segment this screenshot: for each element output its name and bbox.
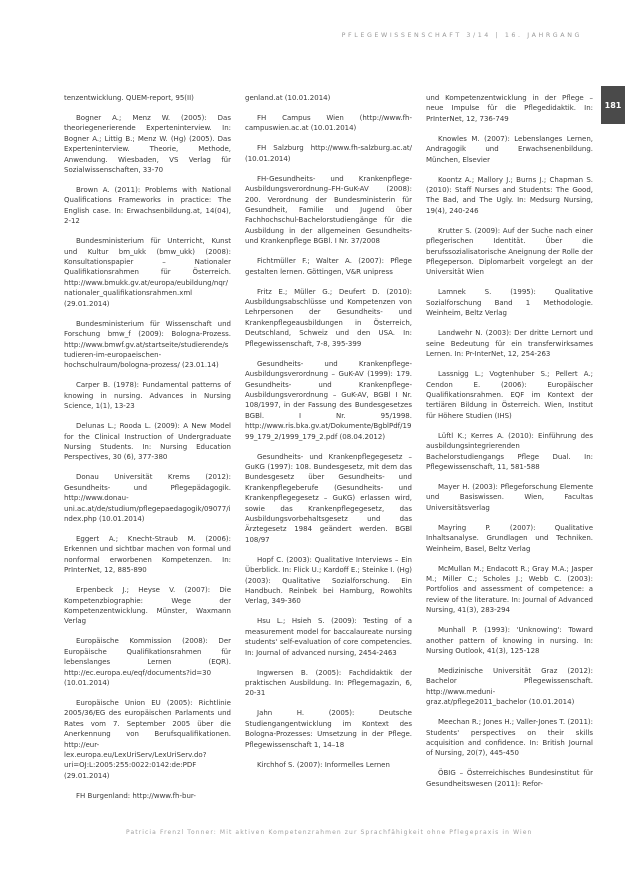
reference-entry: Fichtmüller F.; Walter A. (2007): Pflege… bbox=[245, 256, 412, 277]
reference-entry: Europäische Union EU (2005): Richtlinie … bbox=[64, 698, 231, 781]
reference-entry: FH-Gesundheits- und Krankenpflege-Ausbil… bbox=[245, 174, 412, 247]
reference-entry: Meechan R.; Jones H.; Valler-Jones T. (2… bbox=[426, 717, 593, 759]
reference-entry: Delunas L.; Rooda L. (2009): A New Model… bbox=[64, 421, 231, 463]
reference-entry: Koontz A.; Mallory J.; Burns J.; Chapman… bbox=[426, 175, 593, 217]
reference-entry: Brown A. (2011): Problems with National … bbox=[64, 185, 231, 227]
reference-entry: FH Campus Wien (http://www.fh-campuswien… bbox=[245, 113, 412, 134]
column-2: genland.at (10.01.2014)FH Campus Wien (h… bbox=[245, 93, 412, 811]
reference-entry: Munhall P. (1993): 'Unknowing': Toward a… bbox=[426, 625, 593, 656]
reference-entry: ÖBIG – Österreichisches Bundesinstitut f… bbox=[426, 768, 593, 789]
footer-author-title: Patricia Frenzl Tonner: Mit aktiven Komp… bbox=[126, 829, 532, 836]
reference-entry: Bundesministerium für Unterricht, Kunst … bbox=[64, 236, 231, 309]
reference-entry: Fritz E.; Müller G.; Deufert D. (2010): … bbox=[245, 287, 412, 349]
references-columns: tenzentwicklung. QUEM-report, 95(II)Bogn… bbox=[64, 93, 594, 811]
reference-entry: Hopf C. (2003): Qualitative Interviews –… bbox=[245, 555, 412, 607]
reference-entry: Gesundheits- und Krankenpflege-Ausbildun… bbox=[245, 359, 412, 442]
reference-entry: Lassnigg L.; Vogtenhuber S.; Pellert A.;… bbox=[426, 369, 593, 421]
reference-entry: Bundesministerium für Wissenschaft und F… bbox=[64, 319, 231, 371]
reference-entry: und Kompetenzentwicklung in der Pflege –… bbox=[426, 93, 593, 124]
reference-entry: McMullan M.; Endacott R.; Gray M.A.; Jas… bbox=[426, 564, 593, 616]
page-number-tab: 181 bbox=[601, 86, 625, 124]
reference-entry: Mayer H. (2003): Pflegeforschung Element… bbox=[426, 482, 593, 513]
reference-entry: Gesundheits- und Krankenpflegegesetz – G… bbox=[245, 452, 412, 546]
running-head: PFLEGEWISSENSCHAFT 3/14 | 16. JAHRGANG bbox=[342, 32, 582, 39]
reference-entry: Jahn H. (2005): Deutsche Studiengangentw… bbox=[245, 708, 412, 750]
reference-entry: Hsu L.; Hsieh S. (2009): Testing of a me… bbox=[245, 616, 412, 658]
reference-entry: Ingwersen B. (2005): Fachdidaktik der pr… bbox=[245, 668, 412, 699]
column-1: tenzentwicklung. QUEM-report, 95(II)Bogn… bbox=[64, 93, 231, 811]
reference-entry: Knowles M. (2007): Lebenslanges Lernen, … bbox=[426, 134, 593, 165]
reference-entry: tenzentwicklung. QUEM-report, 95(II) bbox=[64, 93, 231, 103]
reference-entry: Bogner A.; Menz W. (2005): Das theoriege… bbox=[64, 113, 231, 175]
reference-entry: Erpenbeck J.; Heyse V. (2007): Die Kompe… bbox=[64, 585, 231, 627]
reference-entry: Lüftl K.; Kerres A. (2010): Einführung d… bbox=[426, 431, 593, 473]
reference-entry: Donau Universität Krems (2012): Gesundhe… bbox=[64, 472, 231, 524]
reference-entry: Krutter S. (2009): Auf der Suche nach ei… bbox=[426, 226, 593, 278]
reference-entry: Carper B. (1978): Fundamental patterns o… bbox=[64, 380, 231, 411]
reference-entry: FH Burgenland: http://www.fh-bur- bbox=[64, 791, 231, 801]
reference-entry: FH Salzburg http://www.fh-salzburg.ac.at… bbox=[245, 143, 412, 164]
reference-entry: Mayring P. (2007): Qualitative Inhaltsan… bbox=[426, 523, 593, 554]
reference-entry: Kirchhof S. (2007): Informelles Lernen bbox=[245, 760, 412, 770]
reference-entry: Medizinische Universität Graz (2012): Ba… bbox=[426, 666, 593, 708]
reference-entry: genland.at (10.01.2014) bbox=[245, 93, 412, 103]
column-3: und Kompetenzentwicklung in der Pflege –… bbox=[426, 93, 593, 811]
reference-entry: Lamnek S. (1995): Qualitative Sozialfors… bbox=[426, 287, 593, 318]
reference-entry: Landwehr N. (2003): Der dritte Lernort u… bbox=[426, 328, 593, 359]
reference-entry: Eggert A.; Knecht-Straub M. (2006): Erke… bbox=[64, 534, 231, 576]
reference-entry: Europäische Kommission (2008): Der Europ… bbox=[64, 636, 231, 688]
